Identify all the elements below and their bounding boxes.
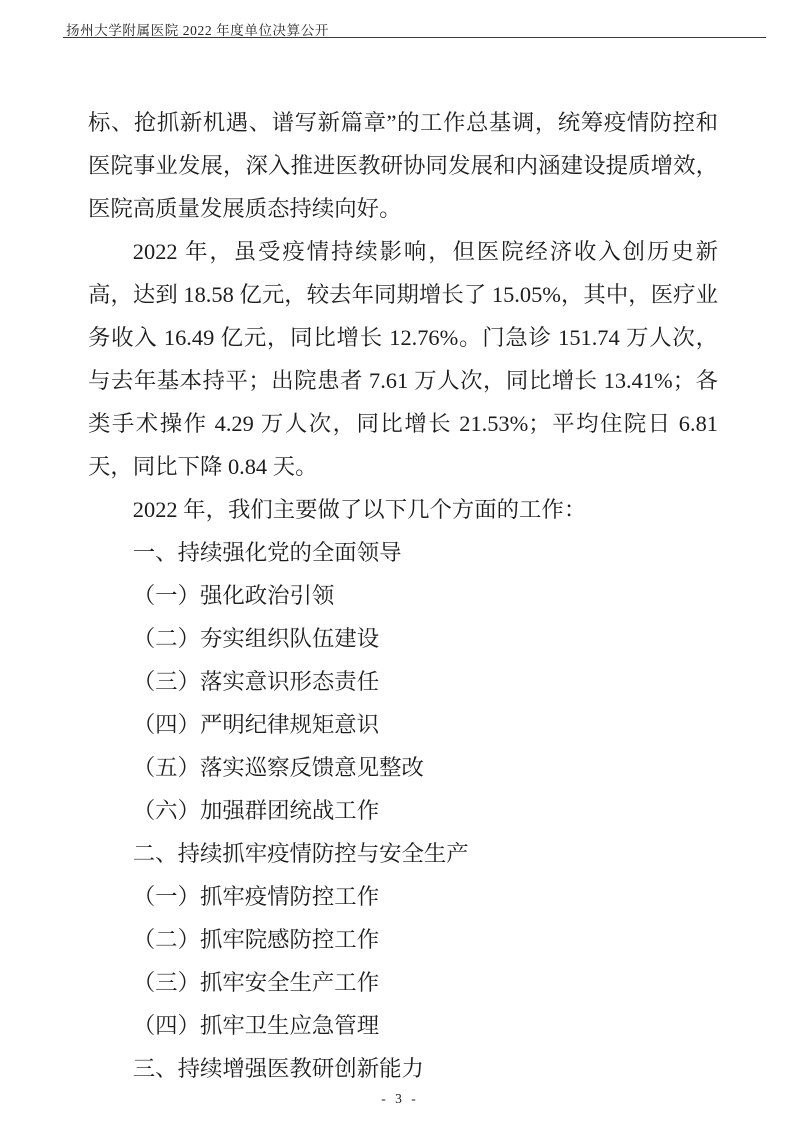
item-section-1-sub-2: （二）夯实组织队伍建设 [88, 617, 718, 660]
item-section-1-sub-3: （三）落实意识形态责任 [88, 660, 718, 703]
heading-section-2: 二、持续抓牢疫情防控与安全生产 [88, 832, 718, 875]
item-section-2-sub-1: （一）抓牢疫情防控工作 [88, 875, 718, 918]
document-body: 标、抢抓新机遇、谱写新篇章”的工作总基调，统筹疫情防控和医院事业发展，深入推进医… [88, 101, 718, 1090]
item-section-1-sub-6: （六）加强群团统战工作 [88, 789, 718, 832]
paragraph-continuation: 标、抢抓新机遇、谱写新篇章”的工作总基调，统筹疫情防控和医院事业发展，深入推进医… [88, 101, 718, 230]
item-section-1-sub-4: （四）严明纪律规矩意识 [88, 703, 718, 746]
item-section-1-sub-1: （一）强化政治引领 [88, 574, 718, 617]
document-page: 扬州大学附属医院 2022 年度单位决算公开 标、抢抓新机遇、谱写新篇章”的工作… [0, 0, 800, 1131]
heading-section-3: 三、持续增强医教研创新能力 [88, 1047, 718, 1090]
item-section-2-sub-4: （四）抓牢卫生应急管理 [88, 1004, 718, 1047]
page-number: - 3 - [0, 1091, 800, 1107]
item-section-2-sub-2: （二）抓牢院感防控工作 [88, 918, 718, 961]
paragraph-work-intro: 2022 年，我们主要做了以下几个方面的工作： [88, 488, 718, 531]
running-header-title: 扬州大学附属医院 2022 年度单位决算公开 [66, 19, 329, 39]
header-divider-line [63, 37, 766, 38]
item-section-1-sub-5: （五）落实巡察反馈意见整改 [88, 746, 718, 789]
heading-section-1: 一、持续强化党的全面领导 [88, 531, 718, 574]
paragraph-2022-overview: 2022 年，虽受疫情持续影响，但医院经济收入创历史新高，达到 18.58 亿元… [88, 230, 718, 488]
item-section-2-sub-3: （三）抓牢安全生产工作 [88, 961, 718, 1004]
